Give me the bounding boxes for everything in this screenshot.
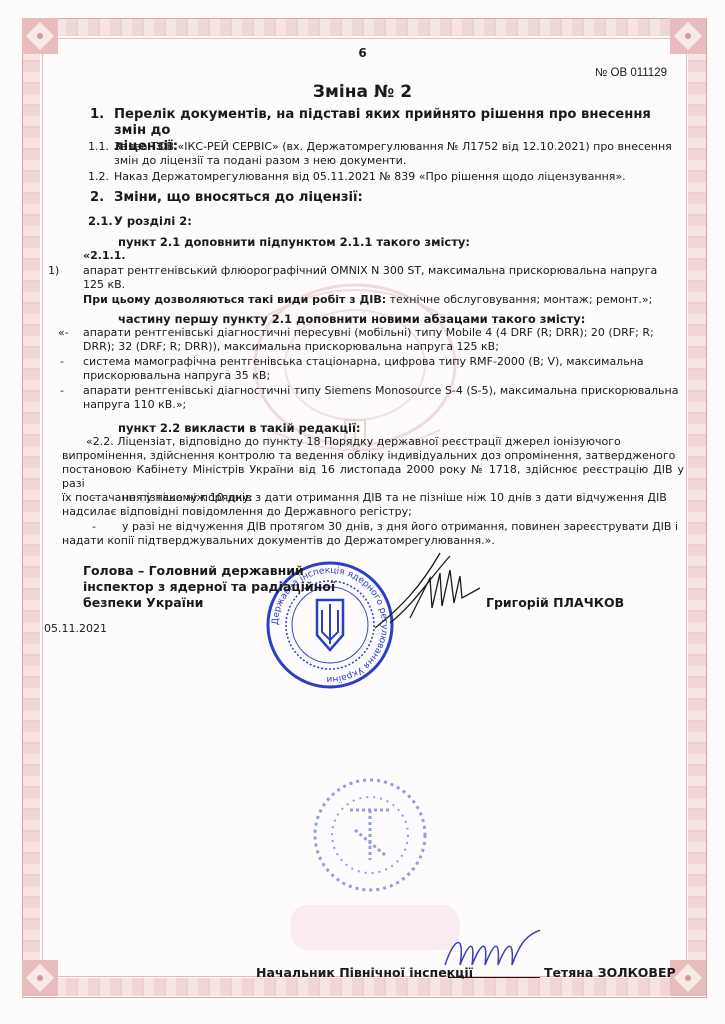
permitted-works-text: технічне обслуговування; монтаж; ремонт.… <box>386 293 652 306</box>
part1-heading: частину першу пункту 2.1 доповнити новим… <box>118 312 585 326</box>
p211-label: «2.1.1. <box>83 249 126 263</box>
p22-bullet: -не пізніше ніж 10 днів з дати отримання… <box>62 491 684 519</box>
position-line: інспектор з ядерної та радіаційної <box>83 579 335 595</box>
section-2-number: 2. <box>90 190 104 206</box>
bullet-mark: - <box>60 355 64 369</box>
section-1-heading-line: Перелік документів, на підставі яких при… <box>114 107 684 139</box>
item-1-2-text: Наказ Держатомрегулювання від 05.11.2021… <box>114 170 684 184</box>
footer-signatory-name: Тетяна ЗОЛКОВЕР <box>544 965 676 981</box>
position-line: Голова – Головний державний <box>83 563 335 579</box>
new-item-text: апарати рентгенівські діагностичні типу … <box>83 384 683 412</box>
p211-item-text: апарат рентгенівський флюорографічний OM… <box>83 264 683 292</box>
section-1-number: 1. <box>90 107 104 123</box>
subsection-2-1-number: 2.1. <box>88 214 113 228</box>
page-number: 6 <box>0 46 725 60</box>
signature-plachkov-icon <box>370 548 490 638</box>
p21-heading: пункт 2.1 доповнити підпунктом 2.1.1 так… <box>118 235 470 249</box>
item-line: апарат рентгенівський флюорографічний OM… <box>83 264 683 278</box>
bullet-mark: «- <box>58 326 69 340</box>
subsection-2-1-heading: У розділі 2: <box>114 214 192 228</box>
bullet-line: не пізніше ніж 10 днів з дати отримання … <box>122 491 667 504</box>
item-line: DRR); 32 (DRF; R; DRR)), максимальна при… <box>83 340 683 354</box>
p211-item-number: 1) <box>48 264 59 278</box>
new-item-text: апарати рентгенівські діагностичні перес… <box>83 326 683 354</box>
p22-line: «2.2. Ліцензіат, відповідно до пункту 18… <box>62 435 684 449</box>
item-1-1-text: Заява ТОВ «ІКС-РЕЙ СЕРВІС» (вх. Держатом… <box>114 140 684 168</box>
p22-heading: пункт 2.2 викласти в такій редакції: <box>118 421 361 435</box>
section-2-heading: Зміни, що вносяться до ліцензії: <box>114 190 363 206</box>
item-line: система мамографічна рентгенівська стаці… <box>83 355 683 369</box>
bullet-line: у разі не відчуження ДІВ протягом 30 дні… <box>122 520 678 533</box>
new-item-text: система мамографічна рентгенівська стаці… <box>83 355 683 383</box>
p22-line: постановою Кабінету Міністрів України ві… <box>62 463 684 491</box>
footer-signatory-position: Начальник Північної інспекції <box>256 965 473 981</box>
document-number: № ОВ 011129 <box>595 67 667 79</box>
position-line: безпеки України <box>83 595 335 611</box>
signatory-position: Голова – Головний державний інспектор з … <box>83 563 335 611</box>
item-line: напруга 110 кВ.»; <box>83 398 683 412</box>
signature-date: 05.11.2021 <box>44 622 107 636</box>
bullet-mark: - <box>92 520 96 533</box>
item-line: змін до ліцензії та подані разом з нею д… <box>114 154 684 168</box>
item-line: апарати рентгенівські діагностичні типу … <box>83 384 683 398</box>
item-1-1-number: 1.1. <box>88 140 109 154</box>
item-1-2-number: 1.2. <box>88 170 109 184</box>
page-title: Зміна № 2 <box>0 82 725 102</box>
item-line: прискорювальна напруга 35 кВ; <box>83 369 683 383</box>
faded-stamp-icon <box>305 770 435 900</box>
p22-line: випромінення, здійснення контролю та вед… <box>62 449 684 463</box>
signature-line <box>448 977 540 978</box>
item-line: апарати рентгенівські діагностичні перес… <box>83 326 683 340</box>
bullet-line: надати копії підтверджувальних документі… <box>62 534 684 548</box>
signatory-name: Григорій ПЛАЧКОВ <box>486 595 624 611</box>
permitted-works: При цьому дозволяються такі види робіт з… <box>83 293 693 307</box>
permitted-works-label: При цьому дозволяються такі види робіт з… <box>83 293 386 306</box>
item-line: 125 кВ. <box>83 278 683 292</box>
item-line: Заява ТОВ «ІКС-РЕЙ СЕРВІС» (вх. Держатом… <box>114 140 684 154</box>
bullet-mark: - <box>92 491 96 504</box>
bullet-line: надсилає відповідні повідомлення до Держ… <box>62 505 684 519</box>
bullet-mark: - <box>60 384 64 398</box>
p22-bullet: -у разі не відчуження ДІВ протягом 30 дн… <box>62 520 684 548</box>
